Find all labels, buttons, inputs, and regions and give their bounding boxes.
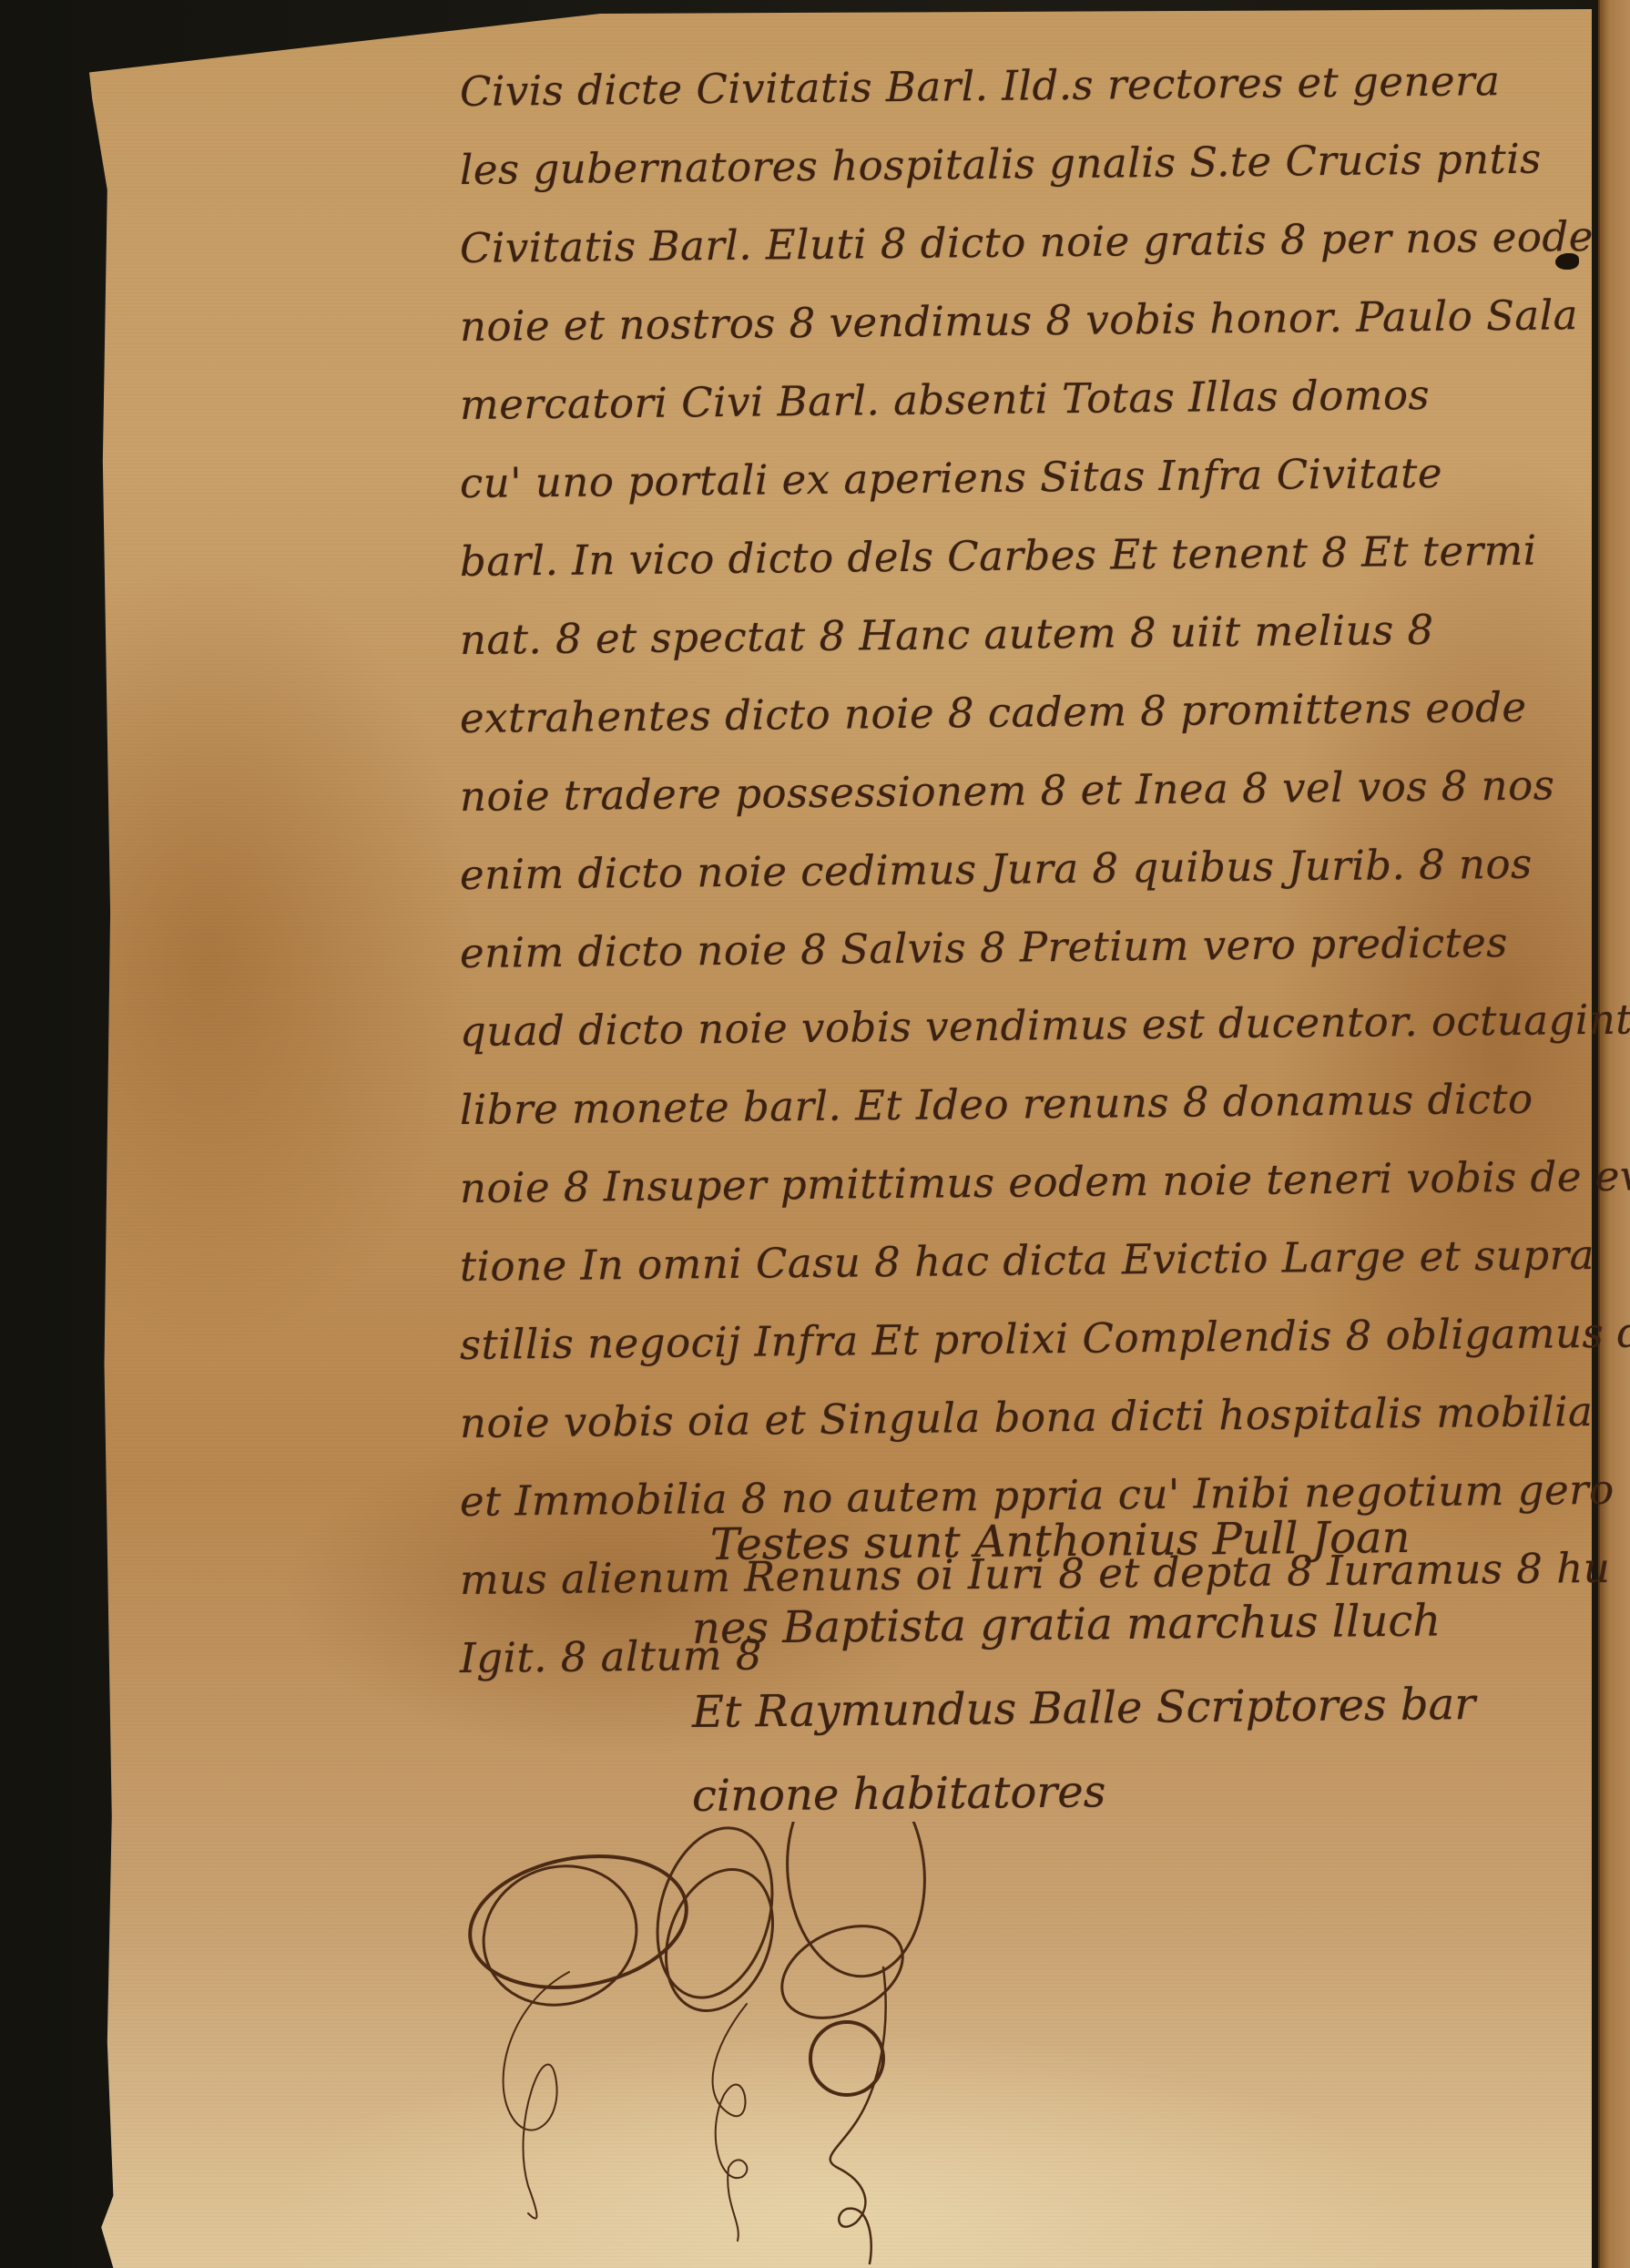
text-line: barl. In vico dicto dels Carbes Et tenen…: [460, 511, 1590, 601]
witness-line: Testes sunt Anthonius Pull Joan: [710, 1494, 1585, 1587]
witness-line: nes Baptista gratia marchus lluch: [692, 1578, 1585, 1670]
text-line: extrahentes dicto noie 8 cadem 8 promitt…: [460, 668, 1590, 758]
text-line: mercatori Civi Barl. absenti Totas Illas…: [460, 354, 1590, 444]
text-line: nat. 8 et spectat 8 Hanc autem 8 uiit me…: [460, 589, 1590, 679]
manuscript-scan: Civis dicte Civitatis Barl. Ild.s rector…: [0, 0, 1630, 2268]
text-line: cu' uno portali ex aperiens Sitas Infra …: [460, 433, 1590, 523]
text-line: enim dicto noie 8 Salvis 8 Pretium vero …: [460, 903, 1590, 993]
witnesses-clause: Testes sunt Anthonius Pull Joan nes Bapt…: [710, 1503, 1584, 1838]
text-line: les gubernatores hospitalis gnalis S.te …: [460, 119, 1590, 209]
witness-line: Et Raymundus Balle Scriptores bar: [692, 1661, 1585, 1754]
text-line: quad dicto noie vobis vendimus est ducen…: [460, 981, 1590, 1071]
flourish-middle: [639, 1822, 791, 2241]
text-line: libre monete barl. Et Ideo renuns 8 dona…: [460, 1059, 1590, 1149]
text-line: noie et nostros 8 vendimus 8 vobis honor…: [460, 276, 1590, 366]
notarial-flourishes: [455, 1822, 1630, 2268]
manuscript-body-text: Civis dicte Civitatis Barl. Ild.s rector…: [460, 53, 1589, 1698]
text-line: tione In omni Casu 8 hac dicta Evictio L…: [460, 1216, 1590, 1306]
text-line: noie 8 Insuper pmittimus eodem noie tene…: [460, 1138, 1590, 1228]
text-line: noie vobis oia et Singula bona dicti hos…: [460, 1373, 1590, 1463]
text-line: Civitatis Barl. Eluti 8 dicto noie grati…: [460, 198, 1590, 288]
text-line: stillis negocij Infra Et prolixi Complen…: [460, 1294, 1590, 1384]
text-line: noie tradere possessionem 8 et Inea 8 ve…: [460, 746, 1590, 836]
text-line: enim dicto noie cedimus Jura 8 quibus Ju…: [460, 824, 1590, 914]
text-line: Civis dicte Civitatis Barl. Ild.s rector…: [460, 41, 1590, 131]
flourish-right: [768, 1822, 933, 2263]
